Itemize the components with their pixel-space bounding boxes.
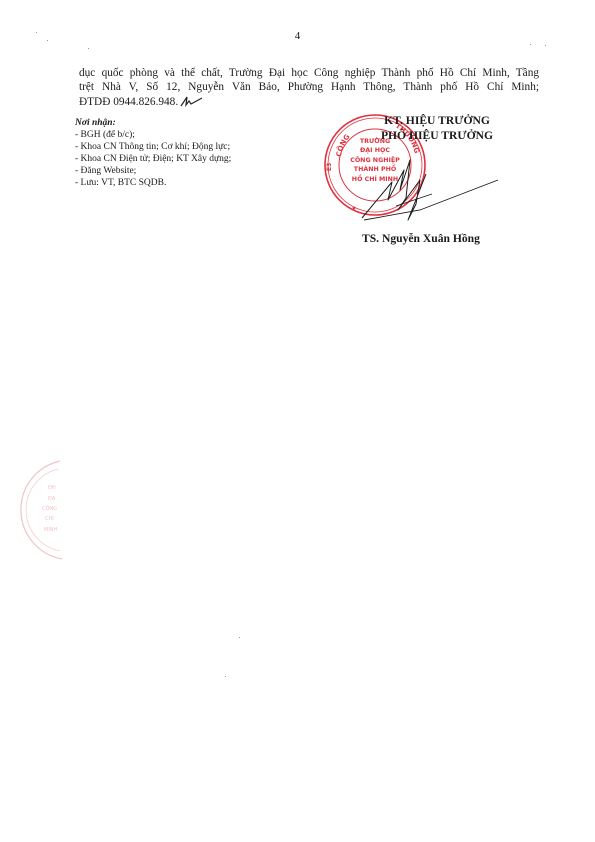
signature-title-line-1: KT. HIỆU TRƯỞNG bbox=[330, 113, 530, 128]
scan-speck bbox=[47, 40, 48, 41]
faint-stamp-bleedthrough-icon: ĐH ĐẠ CÔNG CHÍ MINH bbox=[0, 455, 80, 565]
recipient-item: - Khoa CN Thông tin; Cơ khí; Động lực; bbox=[75, 142, 315, 154]
page-number: 4 bbox=[0, 30, 595, 42]
svg-text:MINH: MINH bbox=[44, 527, 58, 533]
svg-text:CHÍ: CHÍ bbox=[45, 515, 54, 522]
svg-text:CÔNG: CÔNG bbox=[42, 505, 57, 512]
svg-text:ĐH: ĐH bbox=[48, 485, 56, 491]
body-paragraph: dục quốc phòng và thể chất, Trường Đại h… bbox=[79, 66, 539, 109]
recipient-item: - Lưu: VT, BTC SQDB. bbox=[75, 178, 315, 190]
initials-mark-icon bbox=[178, 95, 204, 107]
scan-speck bbox=[36, 32, 37, 33]
body-line-2: trệt Nhà V, Số 12, Nguyễn Văn Bảo, Phườn… bbox=[79, 80, 539, 94]
recipient-item: - Đăng Website; bbox=[75, 166, 315, 178]
recipients-list: Nơi nhận: - BGH (để b/c); - Khoa CN Thôn… bbox=[75, 118, 315, 189]
body-line-1: dục quốc phòng và thể chất, Trường Đại h… bbox=[79, 66, 539, 80]
recipients-title: Nơi nhận: bbox=[75, 118, 315, 130]
scan-speck bbox=[530, 44, 531, 45]
signature-heading: KT. HIỆU TRƯỞNG PHÓ HIỆU TRƯỞNG bbox=[330, 113, 530, 143]
scan-speck bbox=[545, 45, 546, 46]
body-line-3: ĐTDĐ 0944.826.948. bbox=[79, 95, 539, 109]
signer-name: TS. Nguyễn Xuân Hồng bbox=[362, 232, 512, 245]
svg-text:ĐẠ: ĐẠ bbox=[48, 496, 56, 502]
scan-speck bbox=[239, 637, 240, 638]
scan-speck bbox=[225, 676, 226, 677]
phone-text: ĐTDĐ 0944.826.948. bbox=[79, 96, 178, 108]
recipient-item: - Khoa CN Điện tử; Điện; KT Xây dựng; bbox=[75, 154, 315, 166]
handwritten-signature-icon bbox=[360, 140, 500, 225]
scan-speck bbox=[88, 48, 89, 49]
recipient-item: - BGH (để b/c); bbox=[75, 130, 315, 142]
svg-text:E3: E3 bbox=[326, 163, 333, 171]
